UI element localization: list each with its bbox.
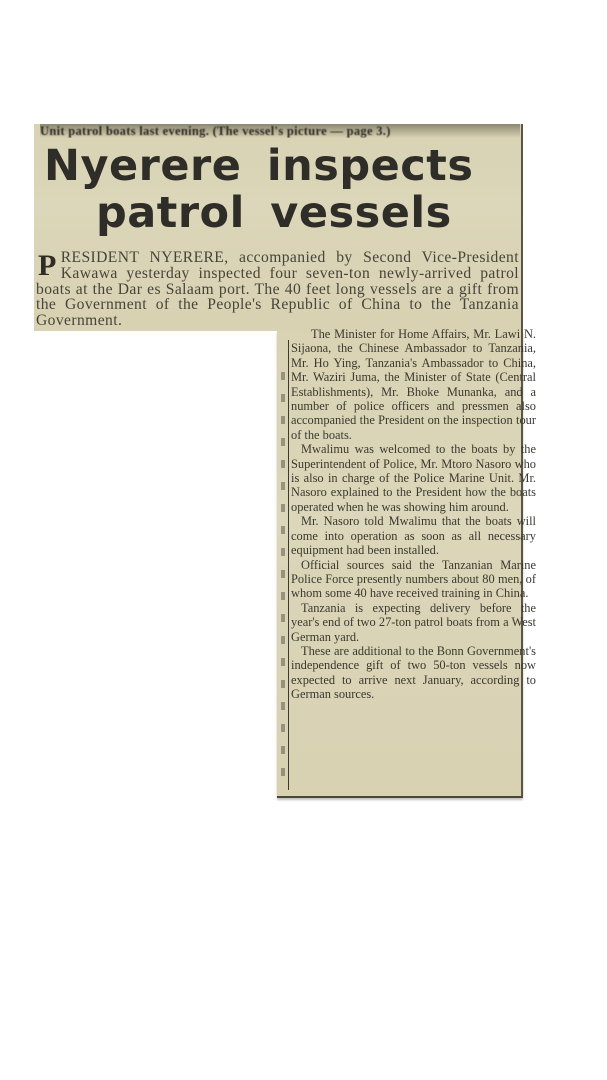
paragraph-4: Official sources said the Tanzanian Mari… xyxy=(291,558,536,601)
kicker-line: Unit patrol boats last evening. (The ves… xyxy=(40,124,520,138)
headline: Nyerere inspects patrol vessels xyxy=(42,143,512,237)
kicker-text: Unit patrol boats last evening. (The ves… xyxy=(40,124,391,138)
drop-cap: P xyxy=(38,253,57,279)
column-rule xyxy=(288,340,289,790)
lead-text: RESIDENT NYERERE, accompanied by Second … xyxy=(36,249,519,329)
headline-line-1: Nyerere inspects xyxy=(42,143,512,190)
paragraph-2: Mwalimu was welcomed to the boats by the… xyxy=(291,442,536,514)
headline-line-2: patrol vessels xyxy=(42,190,512,237)
paragraph-1: The Minister for Home Affairs, Mr. Lawi … xyxy=(291,327,536,442)
article-body-column: The Minister for Home Affairs, Mr. Lawi … xyxy=(291,327,536,702)
paragraph-5: Tanzania is expecting delivery before th… xyxy=(291,601,536,644)
lead-paragraph: PRESIDENT NYERERE, accompanied by Second… xyxy=(36,250,519,329)
paragraph-6: These are additional to the Bonn Governm… xyxy=(291,644,536,702)
torn-edge-shadow xyxy=(281,372,285,782)
paragraph-3: Mr. Nasoro told Mwalimu that the boats w… xyxy=(291,514,536,557)
